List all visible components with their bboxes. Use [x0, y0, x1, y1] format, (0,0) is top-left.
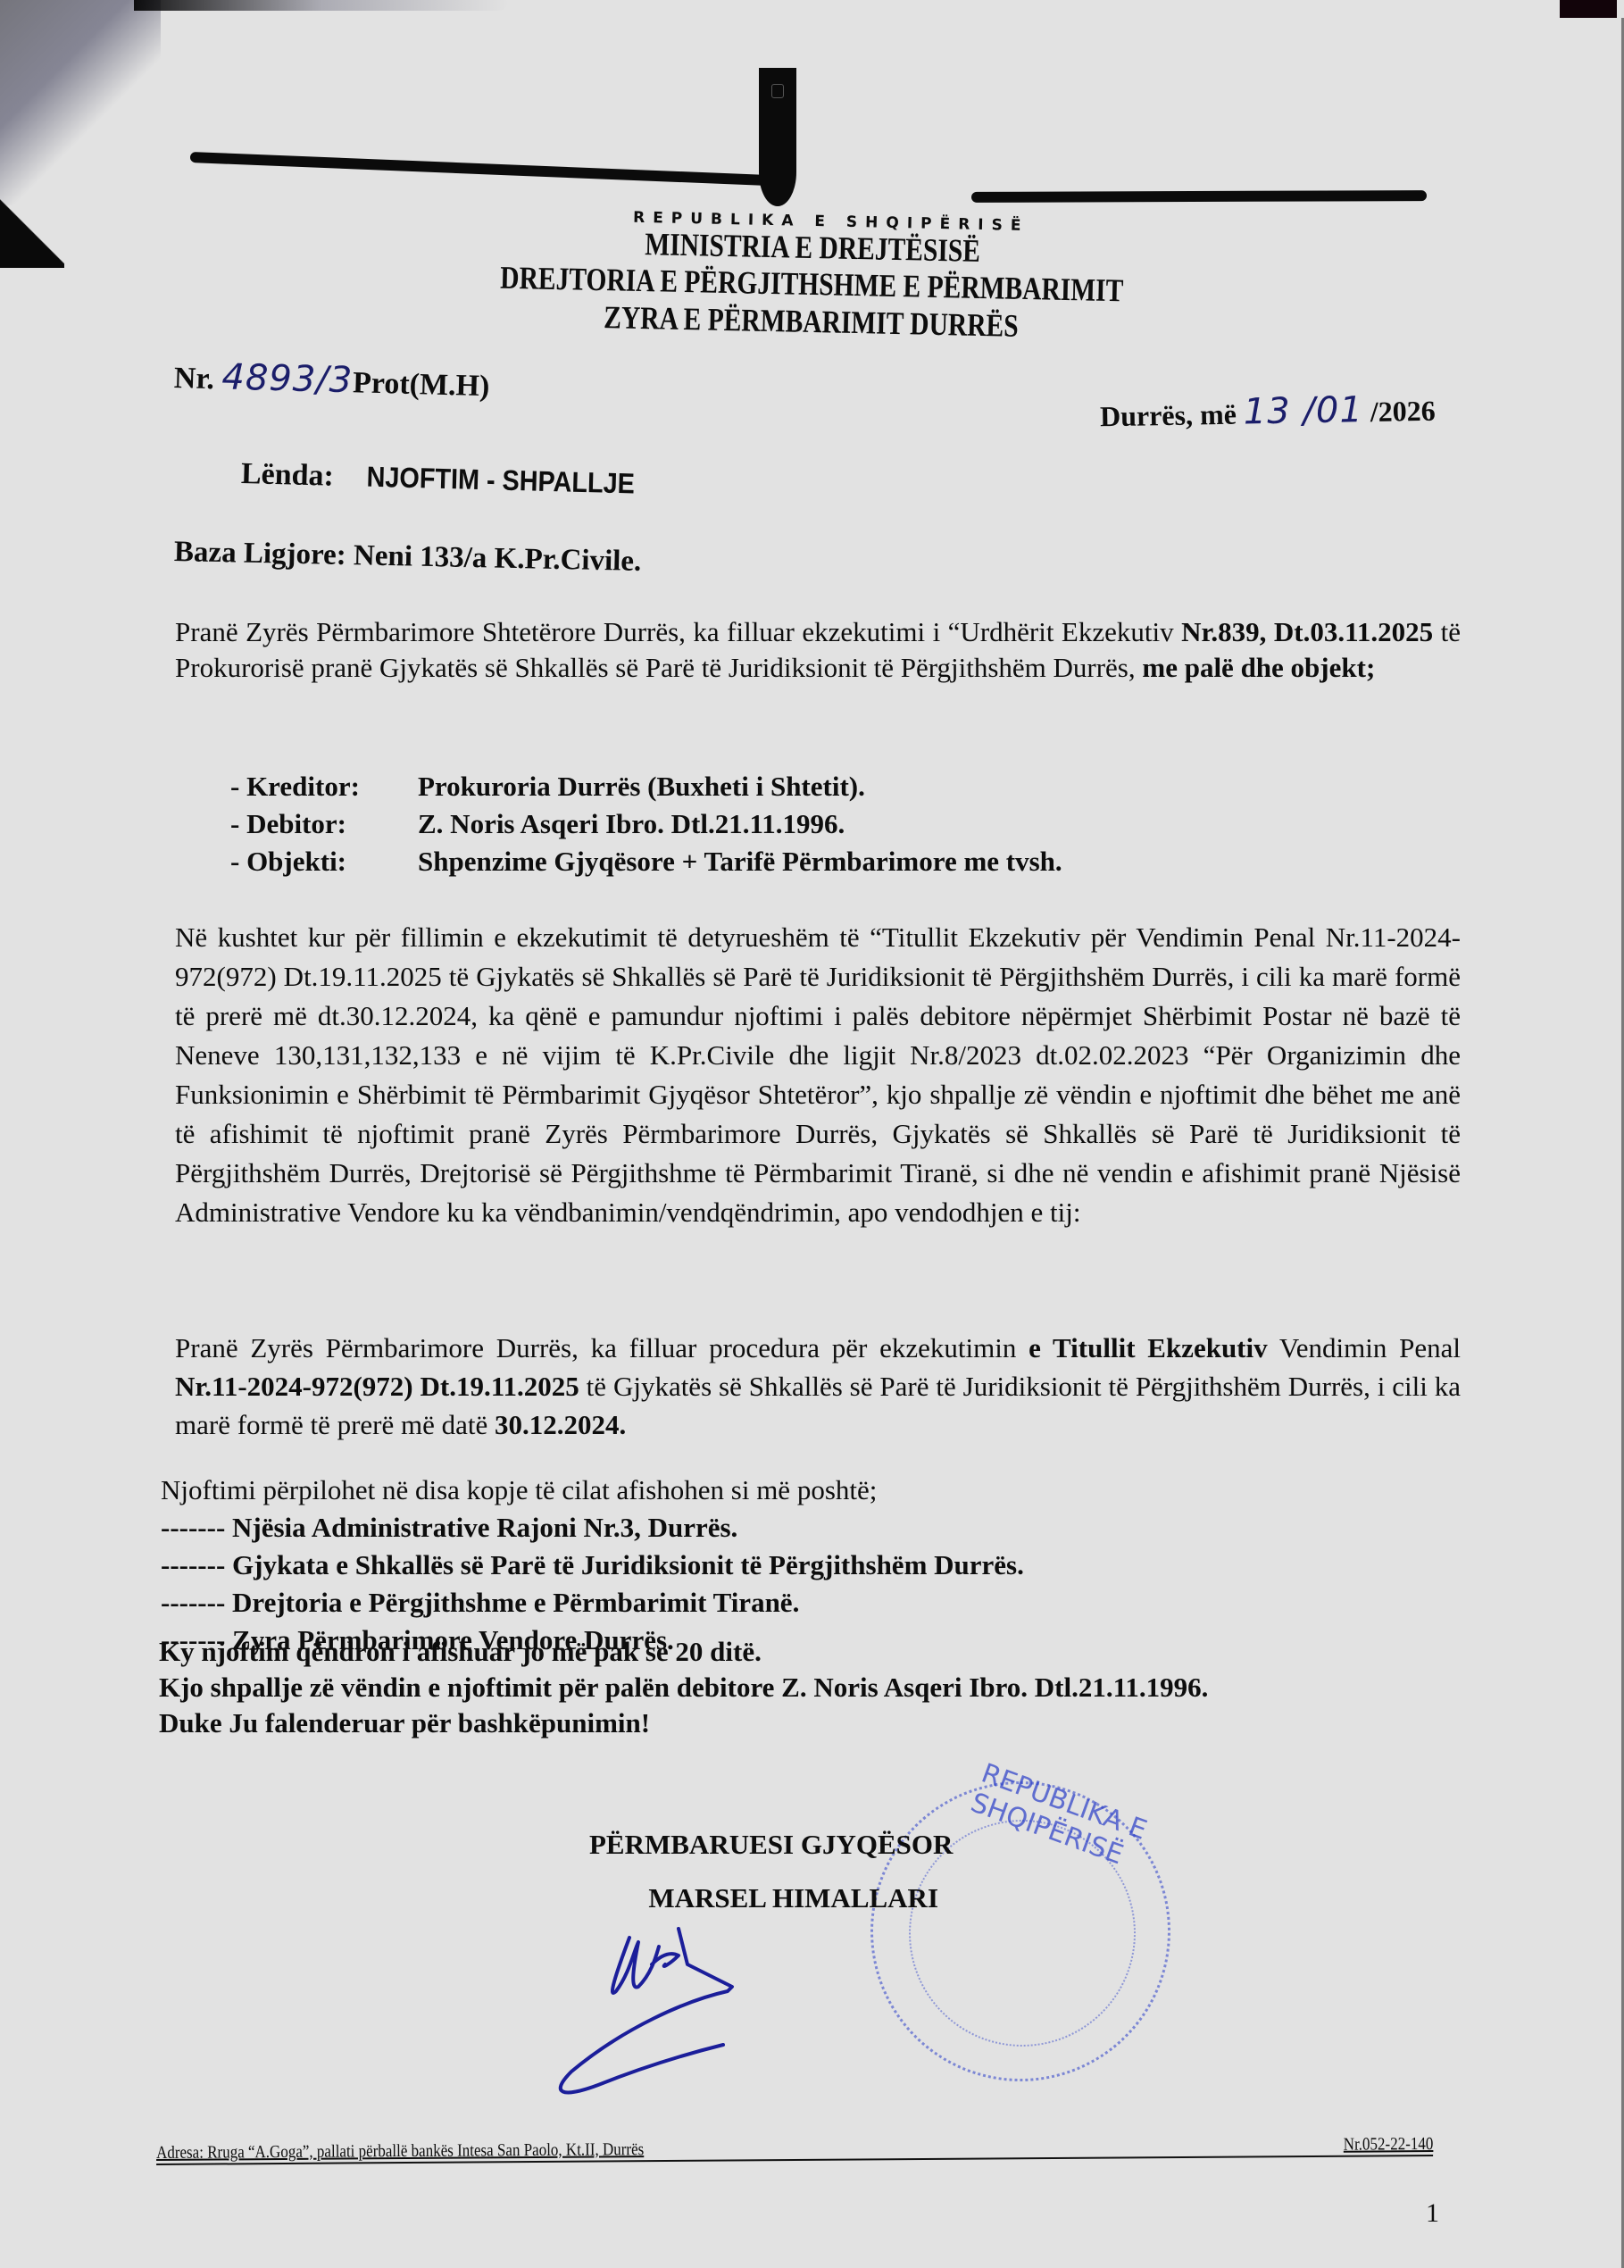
party-value: Shpenzime Gjyqësore + Tarifë Përmbarimor… [418, 843, 1062, 880]
intro-text: Pranë Zyrës Përmbarimore Shtetërore Durr… [175, 616, 1181, 647]
party-value: Z. Noris Asqeri Ibro. Dtl.21.11.1996. [418, 805, 845, 843]
order-reference: Nr.839, Dt.03.11.2025 [1181, 616, 1433, 647]
date-year: /2026 [1370, 395, 1437, 428]
procedure-text-bold: e Titullit Ekzekutiv [1029, 1332, 1268, 1363]
party-debtor: - Debitor: Z. Noris Asqeri Ibro. Dtl.21.… [230, 805, 1062, 843]
copies-intro: Njoftimi përpilohet në disa kopje të cil… [161, 1472, 1024, 1509]
party-creditor: - Kreditor: Prokuroria Durrës (Buxheti i… [230, 768, 1062, 805]
footer-address: Adresa: Rruga “A.Goga”, pallati përballë… [156, 2139, 644, 2164]
footer: Adresa: Rruga “A.Goga”, pallati përballë… [156, 2128, 1433, 2165]
document-date: Durrës, më 13 /01 /2026 [1100, 388, 1436, 436]
handwritten-signature [545, 1902, 848, 2107]
copy-item: ------- Gjykata e Shkallës së Parë të Ju… [161, 1547, 1024, 1584]
closing-line: Ky njoftim qëndron i afishuar jo më pak … [159, 1634, 1208, 1670]
final-date: 30.12.2024. [495, 1409, 626, 1440]
party-object: - Objekti: Shpenzime Gjyqësore + Tarifë … [230, 843, 1062, 880]
procedure-paragraph: Pranë Zyrës Përmbarimore Durrës, ka fill… [175, 1329, 1461, 1444]
party-label: - Kreditor: [230, 768, 418, 805]
header-rule [971, 190, 1427, 203]
handwritten-protocol-number: 4893/3 [221, 356, 354, 401]
parties-list: - Kreditor: Prokuroria Durrës (Buxheti i… [230, 768, 1062, 880]
party-label: - Debitor: [230, 805, 418, 843]
party-label: - Objekti: [230, 843, 418, 880]
closing-line: Duke Ju falenderuar për bashkëpunimin! [159, 1705, 1208, 1741]
copy-item: ------- Njësia Administrative Rajoni Nr.… [161, 1509, 1024, 1547]
subject-label: Lënda: [241, 457, 335, 493]
signer-title: PËRMBARUESI GJYQËSOR [589, 1818, 953, 1872]
procedure-text: Vendimin Penal [1268, 1332, 1461, 1363]
decision-reference: Nr.11-2024-972(972) Dt.19.11.2025 [175, 1371, 579, 1402]
subject-value: NJOFTIM - SHPALLJE [367, 461, 636, 501]
page-number: 1 [1426, 2198, 1439, 2229]
subject-line: Lënda: NJOFTIM - SHPALLJE [241, 457, 651, 502]
header-rule [190, 152, 779, 186]
scan-artifact [0, 0, 161, 205]
protocol-number: Nr. 4893/3Prot(M.H) [173, 355, 490, 404]
coat-of-arms-emblem [759, 68, 796, 206]
main-paragraph: Në kushtet kur për fillimin e ekzekutimi… [175, 918, 1461, 1232]
protocol-label: Nr. [173, 362, 214, 396]
handwritten-date: 13 /01 [1243, 389, 1363, 432]
copy-item: ------- Drejtoria e Përgjithshme e Përmb… [161, 1584, 1024, 1622]
closing-line: Kjo shpallje zë vëndin e njoftimit për p… [159, 1670, 1208, 1705]
scan-artifact [1560, 0, 1617, 18]
intro-text-bold: me palë dhe objekt; [1136, 652, 1376, 683]
legal-basis: Baza Ligjore: Neni 133/a K.Pr.Civile. [174, 536, 642, 579]
scan-artifact [134, 0, 509, 11]
footer-number: Nr.052-22-140 [1343, 2134, 1433, 2155]
copies-list: Njoftimi përpilohet në disa kopje të cil… [161, 1472, 1024, 1659]
protocol-suffix: Prot(M.H) [353, 366, 490, 403]
letterhead: REPUBLIKA E SHQIPËRISË MINISTRIA E DREJT… [0, 196, 1624, 356]
closing-block: Ky njoftim qëndron i afishuar jo më pak … [159, 1634, 1208, 1741]
intro-paragraph: Pranë Zyrës Përmbarimore Shtetërore Durr… [175, 614, 1461, 686]
date-label: Durrës, më [1100, 398, 1237, 433]
party-value: Prokuroria Durrës (Buxheti i Shtetit). [418, 768, 865, 805]
procedure-text: Pranë Zyrës Përmbarimore Durrës, ka fill… [175, 1332, 1029, 1363]
